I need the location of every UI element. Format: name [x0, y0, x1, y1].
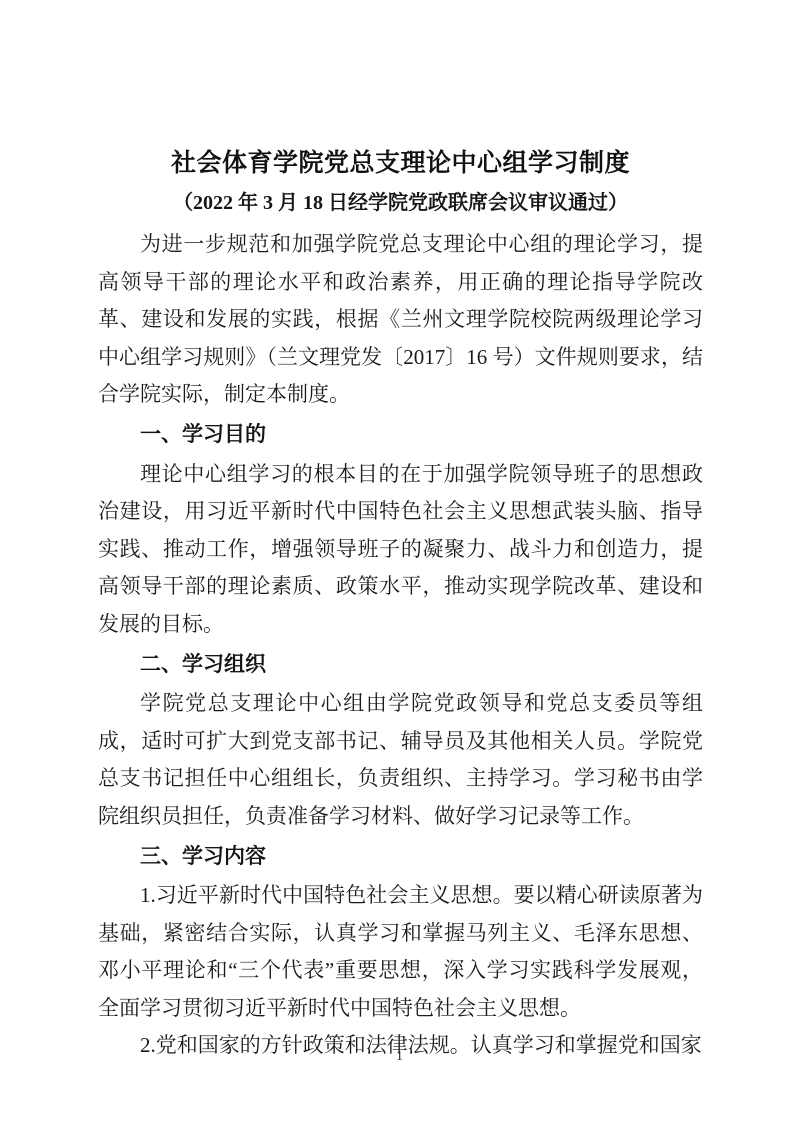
- section-heading-3: 三、学习内容: [98, 838, 703, 876]
- paragraph-section-1: 理论中心组学习的根本目的在于加强学院领导班子的思想政治建设，用习近平新时代中国特…: [98, 456, 703, 644]
- document-content: 社会体育学院党总支理论中心组学习制度 （2022 年 3 月 18 日经学院党政…: [98, 146, 703, 1065]
- paragraph-intro: 为进一步规范和加强学院党总支理论中心组的理论学习，提高领导干部的理论水平和政治素…: [98, 226, 703, 414]
- page-number: 1: [0, 1049, 799, 1065]
- document-subtitle: （2022 年 3 月 18 日经学院党政联席会议审议通过）: [98, 188, 703, 218]
- paragraph-item-1: 1.习近平新时代中国特色社会主义思想。要以精心研读原著为基础，紧密结合实际，认真…: [98, 877, 703, 1027]
- document-body: 为进一步规范和加强学院党总支理论中心组的理论学习，提高领导干部的理论水平和政治素…: [98, 226, 703, 1065]
- document-title: 社会体育学院党总支理论中心组学习制度: [98, 146, 703, 182]
- document-page: 社会体育学院党总支理论中心组学习制度 （2022 年 3 月 18 日经学院党政…: [0, 0, 799, 1131]
- section-heading-2: 二、学习组织: [98, 646, 703, 684]
- section-heading-1: 一、学习目的: [98, 416, 703, 454]
- paragraph-section-2: 学院党总支理论中心组由学院党政领导和党总支委员等组成，适时可扩大到党支部书记、辅…: [98, 685, 703, 835]
